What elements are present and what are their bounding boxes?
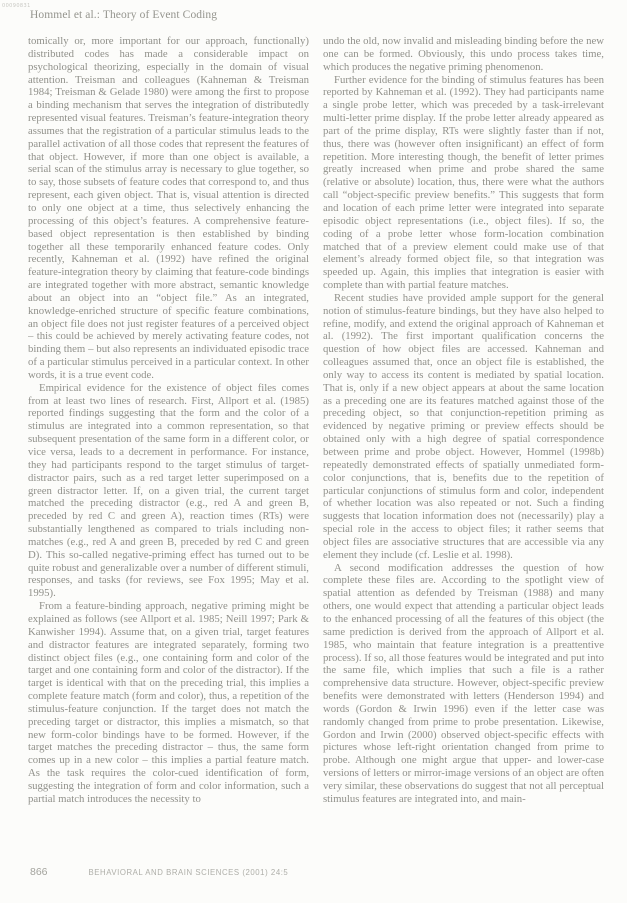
- paragraph: Further evidence for the binding of stim…: [323, 74, 604, 292]
- paragraph: From a feature-binding approach, negativ…: [28, 600, 309, 806]
- paragraph: Empirical evidence for the existence of …: [28, 382, 309, 600]
- left-column: tomically or, more important for our app…: [28, 35, 309, 857]
- scan-artifact-mark: 00090831: [2, 3, 31, 9]
- paragraph: undo the old, now invalid and misleading…: [323, 35, 604, 74]
- right-column: undo the old, now invalid and misleading…: [323, 35, 604, 857]
- journal-title: BEHAVIORAL AND BRAIN SCIENCES (2001) 24:…: [89, 868, 289, 877]
- running-head: Hommel et al.: Theory of Event Coding: [30, 9, 217, 21]
- paragraph: A second modification addresses the ques…: [323, 562, 604, 806]
- page-number: 866: [30, 866, 48, 878]
- journal-page: 00090831 Hommel et al.: Theory of Event …: [0, 0, 627, 903]
- paragraph: Recent studies have provided ample suppo…: [323, 292, 604, 562]
- page-footer: 866 BEHAVIORAL AND BRAIN SCIENCES (2001)…: [30, 866, 288, 878]
- paragraph: tomically or, more important for our app…: [28, 35, 309, 382]
- two-column-body: tomically or, more important for our app…: [28, 35, 604, 857]
